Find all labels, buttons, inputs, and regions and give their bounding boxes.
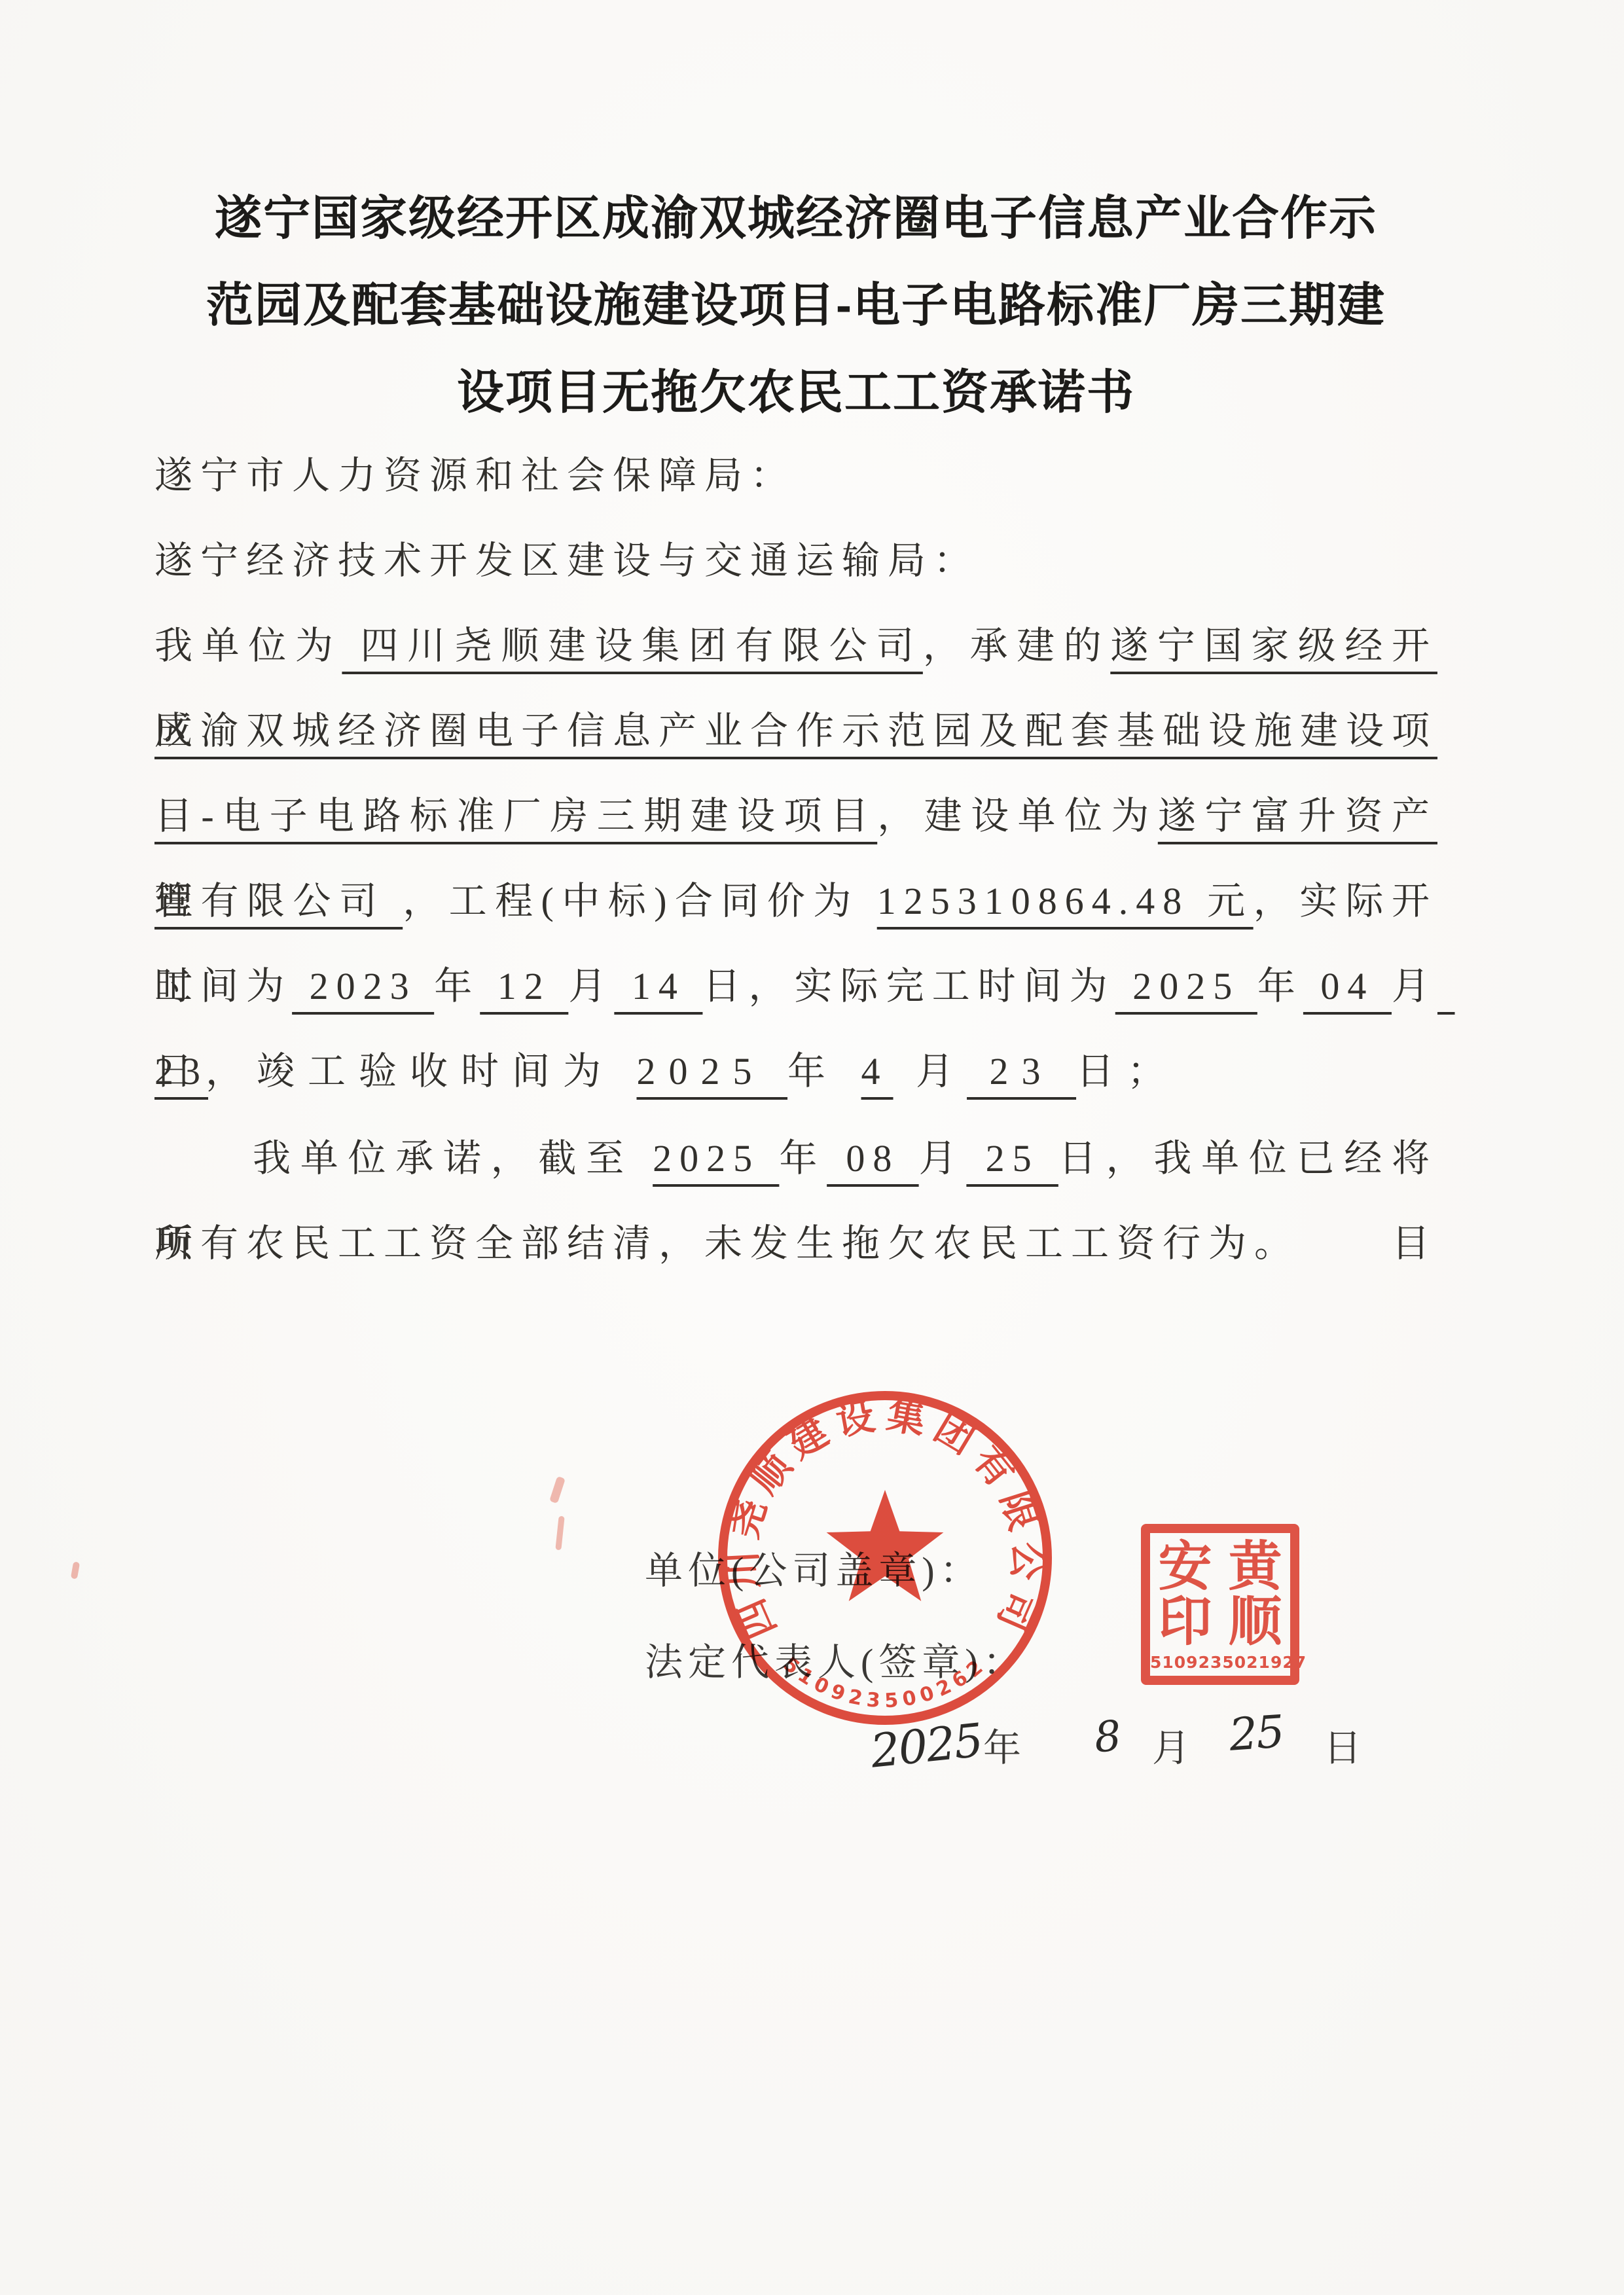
scan-artifact-mark — [71, 1561, 80, 1579]
text-segment: 年 — [434, 965, 480, 1007]
salutation-line-1: 遂宁市人力资源和社会保障局： — [154, 433, 1437, 518]
document-title: 遂宁国家级经开区成渝双城经济圈电子信息产业合作示 范园及配套基础设施建设项目-电… — [154, 175, 1437, 437]
square-seal-char: 顺 — [1228, 1595, 1282, 1650]
text-segment: 我单位承诺，截至 — [253, 1137, 653, 1180]
date-month-handwritten: 8 — [1092, 1715, 1121, 1759]
underlined-field-asof-year: 2025 — [653, 1137, 779, 1180]
text-segment: 年 — [1257, 965, 1303, 1007]
square-seal-char: 安 — [1158, 1540, 1212, 1595]
scan-artifact-mark — [549, 1476, 566, 1504]
text-segment: 年 — [779, 1137, 827, 1180]
underlined-field-owner-name: 理有限公司 — [154, 880, 403, 922]
underlined-field-acceptance-day: 23 — [967, 1050, 1076, 1093]
text-segment: 时间为 — [154, 965, 292, 1007]
text-segment: 月 — [1392, 965, 1437, 1007]
text-segment: 所有农民工工资全部结清，未发生拖欠农民工工资行为。 — [154, 1222, 1300, 1265]
text-segment: 日； — [1076, 1050, 1178, 1093]
text-segment: 遂宁经济技术开发区建设与交通运输局： — [154, 539, 979, 582]
personal-square-seal: 安 黄 印 顺 5109235021927 — [1141, 1524, 1299, 1685]
company-round-seal: 四川尧顺建设集团有限公司 510923500262 — [713, 1386, 1056, 1729]
underlined-field-finish-month: 04 — [1303, 965, 1392, 1007]
underlined-field-project-name: 目-电子电路标准厂房三期建设项目 — [154, 795, 877, 837]
square-seal-char: 印 — [1158, 1595, 1212, 1650]
underlined-field-start-day: 14 — [614, 965, 702, 1007]
body-line: 日，竣工验收时间为 2025 年 4 月 23 日； — [154, 1029, 1437, 1114]
scan-artifact-mark — [555, 1516, 564, 1551]
underlined-field-project-name: 成渝双城经济圈电子信息产业合作示范园及配套基础设施建设项 — [154, 710, 1437, 752]
date-month-unit: 月 — [1152, 1729, 1190, 1767]
square-seal-char: 黄 — [1228, 1540, 1282, 1595]
underlined-field-start-month: 12 — [480, 965, 568, 1007]
underlined-field-start-year: 2023 — [292, 965, 434, 1007]
scanned-document-page: 遂宁国家级经开区成渝双城经济圈电子信息产业合作示 范园及配套基础设施建设项目-电… — [0, 0, 1624, 2295]
salutation-line-2: 遂宁经济技术开发区建设与交通运输局： — [154, 518, 1437, 604]
date-day-handwritten: 25 — [1228, 1710, 1285, 1758]
square-seal-characters: 安 黄 印 顺 — [1150, 1533, 1290, 1649]
text-segment: 日，实际完工时间为 — [702, 965, 1115, 1007]
body-line: 所有农民工工资全部结清，未发生拖欠农民工工资行为。 — [154, 1201, 1437, 1286]
text-segment: ，建设单位为 — [877, 795, 1158, 837]
title-line-3: 设项目无拖欠农民工工资承诺书 — [154, 350, 1437, 437]
underlined-field-acceptance-month: 4 — [861, 1050, 893, 1093]
title-line-1: 遂宁国家级经开区成渝双城经济圈电子信息产业合作示 — [154, 175, 1437, 262]
star-icon — [827, 1490, 944, 1601]
text-segment: 我单位为 — [154, 624, 342, 667]
underlined-field-acceptance-year: 2025 — [637, 1050, 788, 1093]
date-year-unit: 年 — [983, 1729, 1021, 1767]
text-segment: ，工程(中标)合同价为 — [403, 880, 877, 922]
title-line-2: 范园及配套基础设施建设项目-电子电路标准厂房三期建 — [154, 262, 1437, 350]
text-segment: 年 — [787, 1050, 861, 1093]
text-segment: 日，竣工验收时间为 — [154, 1050, 637, 1093]
text-segment: 遂宁市人力资源和社会保障局： — [154, 454, 796, 497]
text-segment: 月 — [568, 965, 614, 1007]
company-round-seal-graphic: 四川尧顺建设集团有限公司 510923500262 — [713, 1386, 1056, 1729]
text-segment: ，承建的 — [923, 624, 1110, 667]
underlined-field-asof-day: 25 — [966, 1137, 1058, 1180]
text-segment: 月 — [893, 1050, 967, 1093]
underlined-field-contract-price: 125310864.48 元 — [877, 880, 1254, 922]
text-segment: 月 — [919, 1137, 967, 1180]
underlined-field-contractor-name: 四川尧顺建设集团有限公司 — [342, 624, 922, 667]
underlined-field-asof-month: 08 — [827, 1137, 918, 1180]
date-day-unit: 日 — [1324, 1729, 1362, 1767]
square-seal-number: 5109235021927 — [1150, 1653, 1290, 1676]
underlined-field-finish-year: 2025 — [1115, 965, 1257, 1007]
body-line: 成渝双城经济圈电子信息产业合作示范园及配套基础设施建设项 — [154, 689, 1437, 774]
